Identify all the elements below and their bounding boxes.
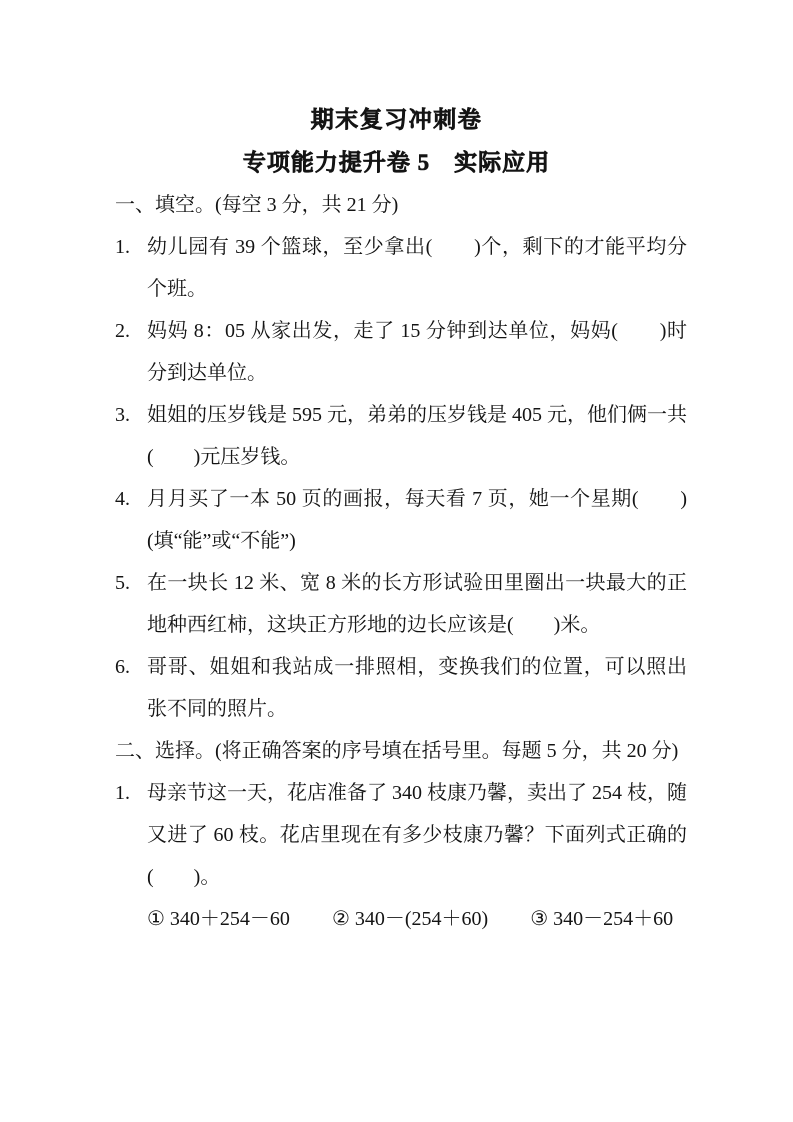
question-line: 幼儿园有 39 个篮球，至少拿出( )个，剩下的才能平均分给 7 <box>147 226 687 268</box>
section-1-header: 一、填空。(每空 3 分，共 21 分) <box>115 184 687 226</box>
question-1: 1. 幼儿园有 39 个篮球，至少拿出( )个，剩下的才能平均分给 7 个班。 <box>115 226 687 310</box>
question-line: 地种西红柿，这块正方形地的边长应该是( )米。 <box>147 604 687 646</box>
worksheet-body: 一、填空。(每空 3 分，共 21 分) 1. 幼儿园有 39 个篮球，至少拿出… <box>115 184 687 940</box>
option-2: ② 340－(254＋60) <box>332 898 488 940</box>
question-number: 5. <box>115 562 130 604</box>
question-line: 在一块长 12 米、宽 8 米的长方形试验田里圈出一块最大的正方形 <box>147 562 687 604</box>
section-2-question-1: 1. 母亲节这一天，花店准备了 340 枝康乃馨，卖出了 254 枝，随后 又进… <box>115 772 687 940</box>
answer-options: ① 340＋254－60 ② 340－(254＋60) ③ 340－254＋60 <box>147 898 687 940</box>
question-line: 妈妈 8：05 从家出发，走了 15 分钟到达单位，妈妈( )时( ) <box>147 310 687 352</box>
question-line: 哥哥、姐姐和我站成一排照相，变换我们的位置，可以照出( ) <box>147 646 687 688</box>
page-title: 期末复习冲刺卷 <box>0 101 793 134</box>
question-number: 1. <box>115 226 130 268</box>
section-2-header: 二、选择。(将正确答案的序号填在括号里。每题 5 分，共 20 分) <box>115 730 687 772</box>
question-line: 分到达单位。 <box>147 352 687 394</box>
question-line: (填“能”或“不能”) <box>147 520 687 562</box>
question-6: 6. 哥哥、姐姐和我站成一排照相，变换我们的位置，可以照出( ) 张不同的照片。 <box>115 646 687 730</box>
question-line: ( )。 <box>147 856 687 898</box>
question-number: 2. <box>115 310 130 352</box>
option-1: ① 340＋254－60 <box>147 898 290 940</box>
option-3: ③ 340－254＋60 <box>530 898 673 940</box>
question-number: 6. <box>115 646 130 688</box>
question-line: 月月买了一本 50 页的画报，每天看 7 页，她一个星期( )看完。 <box>147 478 687 520</box>
question-number: 4. <box>115 478 130 520</box>
question-number: 1. <box>115 772 130 814</box>
question-line: 个班。 <box>147 268 687 310</box>
question-line: 姐姐的压岁钱是 595 元，弟弟的压岁钱是 405 元，他们俩一共有 <box>147 394 687 436</box>
question-number: 3. <box>115 394 130 436</box>
question-line: 母亲节这一天，花店准备了 340 枝康乃馨，卖出了 254 枝，随后 <box>147 772 687 814</box>
question-3: 3. 姐姐的压岁钱是 595 元，弟弟的压岁钱是 405 元，他们俩一共有 ( … <box>115 394 687 478</box>
question-4: 4. 月月买了一本 50 页的画报，每天看 7 页，她一个星期( )看完。 (填… <box>115 478 687 562</box>
worksheet-page: 期末复习冲刺卷 专项能力提升卷 5 实际应用 一、填空。(每空 3 分，共 21… <box>0 0 793 1122</box>
question-line: ( )元压岁钱。 <box>147 436 687 478</box>
question-2: 2. 妈妈 8：05 从家出发，走了 15 分钟到达单位，妈妈( )时( ) 分… <box>115 310 687 394</box>
question-line: 张不同的照片。 <box>147 688 687 730</box>
question-5: 5. 在一块长 12 米、宽 8 米的长方形试验田里圈出一块最大的正方形 地种西… <box>115 562 687 646</box>
question-line: 又进了 60 枝。花店里现在有多少枝康乃馨？下面列式正确的是 <box>147 814 687 856</box>
page-subtitle: 专项能力提升卷 5 实际应用 <box>0 144 793 177</box>
